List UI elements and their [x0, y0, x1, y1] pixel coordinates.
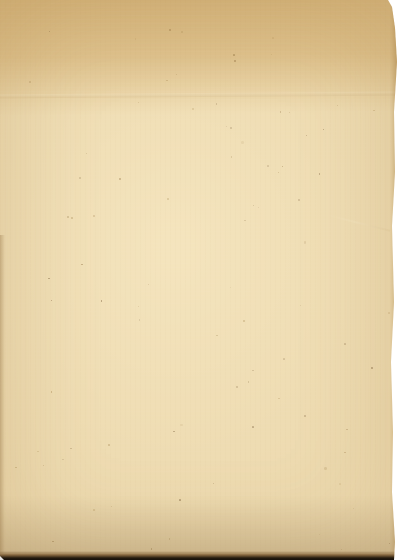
- speckle: [252, 426, 254, 428]
- speckle: [234, 60, 235, 61]
- scanner-background: [0, 0, 400, 560]
- speckle: [169, 538, 171, 540]
- speckle: [108, 444, 110, 446]
- speckle: [344, 343, 346, 345]
- speckle: [51, 391, 52, 392]
- speckle: [51, 300, 52, 301]
- speckle: [300, 305, 301, 306]
- speckle: [233, 54, 235, 56]
- speckle: [389, 543, 391, 545]
- speckle: [169, 29, 171, 31]
- paper-right-edge-line: [390, 0, 397, 560]
- speckle: [181, 31, 183, 33]
- speckle: [93, 509, 95, 511]
- speckle: [289, 112, 290, 113]
- paper-left-edge-shade: [0, 235, 5, 560]
- speckle: [15, 467, 17, 469]
- speckle: [282, 166, 283, 167]
- speckle: [319, 534, 320, 535]
- speckle: [283, 358, 285, 360]
- speckle: [258, 207, 259, 208]
- speckle: [71, 217, 73, 219]
- speckle: [135, 38, 137, 40]
- speckle: [43, 465, 44, 466]
- speckle: [119, 178, 121, 180]
- speckle: [253, 205, 254, 206]
- speckle: [280, 111, 282, 113]
- speckle: [241, 141, 244, 144]
- speckle: [173, 431, 174, 432]
- paper-center-highlight: [0, 0, 397, 560]
- speckle: [341, 549, 342, 550]
- speckle: [70, 448, 72, 450]
- speckle: [252, 370, 253, 371]
- speckle: [267, 165, 269, 167]
- paper-fiber-texture: [0, 0, 397, 560]
- speckle: [167, 198, 169, 200]
- paper-top-shade-band: [0, 0, 397, 116]
- speckle: [248, 381, 250, 383]
- speckle: [176, 74, 177, 75]
- speckle: [138, 306, 139, 307]
- speckle: [180, 424, 183, 427]
- speckle: [278, 172, 279, 173]
- paper-vignette: [0, 0, 397, 560]
- speckle: [278, 398, 280, 400]
- speckle: [236, 386, 237, 387]
- speckle: [337, 105, 338, 106]
- paper-speckle-texture: [0, 0, 397, 560]
- speckle: [373, 110, 375, 112]
- paper-right-crease: [328, 214, 391, 231]
- speckle: [37, 451, 38, 452]
- speckle: [179, 499, 181, 501]
- speckle: [93, 215, 95, 217]
- paper-bottom-gradient: [0, 495, 397, 553]
- speckle: [138, 102, 139, 103]
- speckle: [346, 429, 348, 431]
- speckle: [231, 156, 233, 158]
- blank-page: [0, 0, 397, 560]
- paper-top-crease: [0, 92, 397, 99]
- speckle: [52, 541, 53, 542]
- speckle: [306, 135, 307, 136]
- speckle: [230, 287, 231, 288]
- speckle: [151, 548, 152, 549]
- speckle: [111, 506, 113, 508]
- speckle: [272, 37, 274, 39]
- speckle: [67, 216, 69, 218]
- speckle: [243, 320, 245, 322]
- speckle: [344, 452, 346, 454]
- speckle: [213, 483, 214, 484]
- speckle: [166, 80, 167, 81]
- speckle: [48, 278, 50, 280]
- speckle: [81, 264, 83, 266]
- speckle: [323, 129, 324, 130]
- speckle: [353, 508, 355, 510]
- speckle: [271, 54, 272, 55]
- speckle: [388, 312, 390, 314]
- speckle: [62, 459, 64, 461]
- speckle: [79, 177, 81, 179]
- speckle: [339, 483, 341, 485]
- speckle: [101, 300, 102, 301]
- speckle: [319, 173, 321, 175]
- speckle: [230, 127, 232, 129]
- speckle: [148, 284, 149, 285]
- speckle: [298, 199, 300, 201]
- paper-bottom-edge-shadow: [0, 551, 397, 560]
- speckle: [49, 31, 51, 33]
- speckle: [192, 108, 193, 109]
- speckle: [216, 103, 218, 105]
- speckle: [324, 467, 327, 470]
- speckle: [244, 220, 245, 221]
- speckle: [86, 153, 87, 154]
- speckle: [371, 367, 373, 369]
- speckle: [304, 415, 306, 417]
- speckle: [139, 319, 140, 320]
- bottom-left-scanner-glint: [0, 556, 4, 560]
- speckle: [216, 335, 218, 337]
- speckle: [226, 126, 227, 127]
- speckle: [29, 81, 31, 83]
- speckle: [304, 241, 306, 243]
